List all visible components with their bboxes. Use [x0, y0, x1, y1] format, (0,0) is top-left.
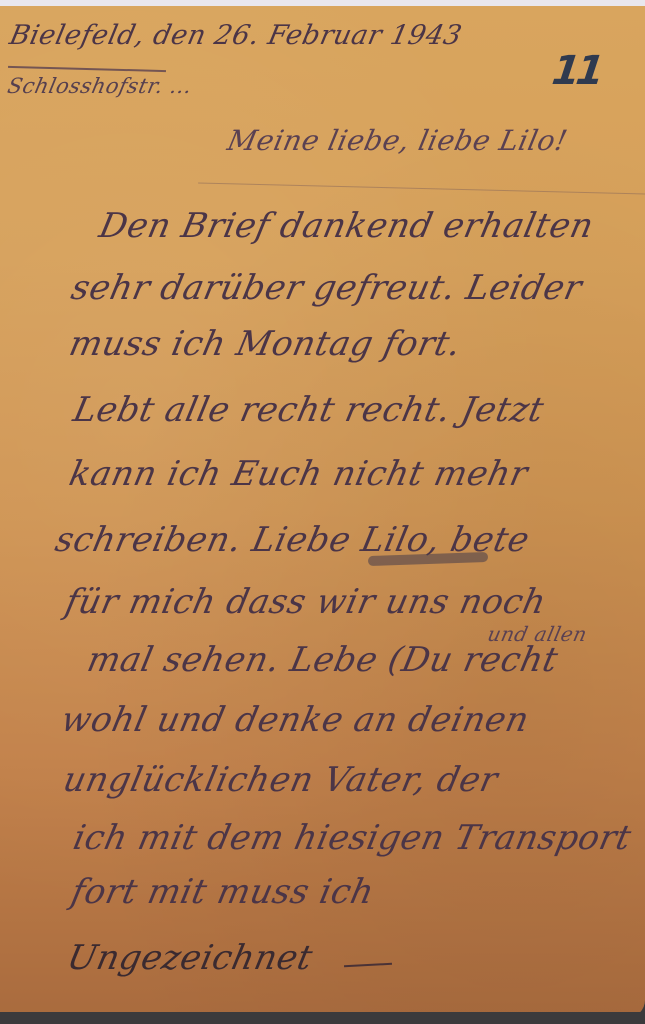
page-number: 11 [545, 48, 608, 94]
salutation: Meine liebe, liebe Lilo! [224, 124, 570, 157]
body-line-9: wohl und denke an deinen [58, 700, 533, 740]
body-line-13: Ungezeichnet [64, 938, 316, 978]
body-line-1: Den Brief dankend erhalten [96, 206, 597, 246]
place-underline [8, 66, 166, 72]
photo-bottom-edge [0, 1012, 645, 1024]
body-line-4: Lebt alle recht recht. Jetzt [70, 390, 548, 430]
closing-dash [344, 963, 392, 968]
body-line-7: für mich dass wir uns noch [62, 582, 550, 622]
body-line-5: kann ich Euch nicht mehr [66, 454, 532, 494]
body-line-3: muss ich Montag fort. [66, 324, 465, 364]
letter-page: Bielefeld, den 26. Februar 1943 Schlossh… [0, 6, 645, 1018]
body-line-8: mal sehen. Lebe (Du recht [84, 640, 562, 680]
body-line-2: sehr darüber gefreut. Leider [68, 268, 586, 308]
street-address: Schlosshofstr. ... [5, 74, 194, 98]
place-date-heading: Bielefeld, den 26. Februar 1943 [7, 20, 465, 51]
body-line-11: ich mit dem hiesigen Transport [70, 818, 635, 858]
body-line-12: fort mit muss ich [68, 872, 378, 912]
body-line-10: unglücklichen Vater, der [60, 760, 502, 800]
salutation-rule [198, 183, 645, 195]
